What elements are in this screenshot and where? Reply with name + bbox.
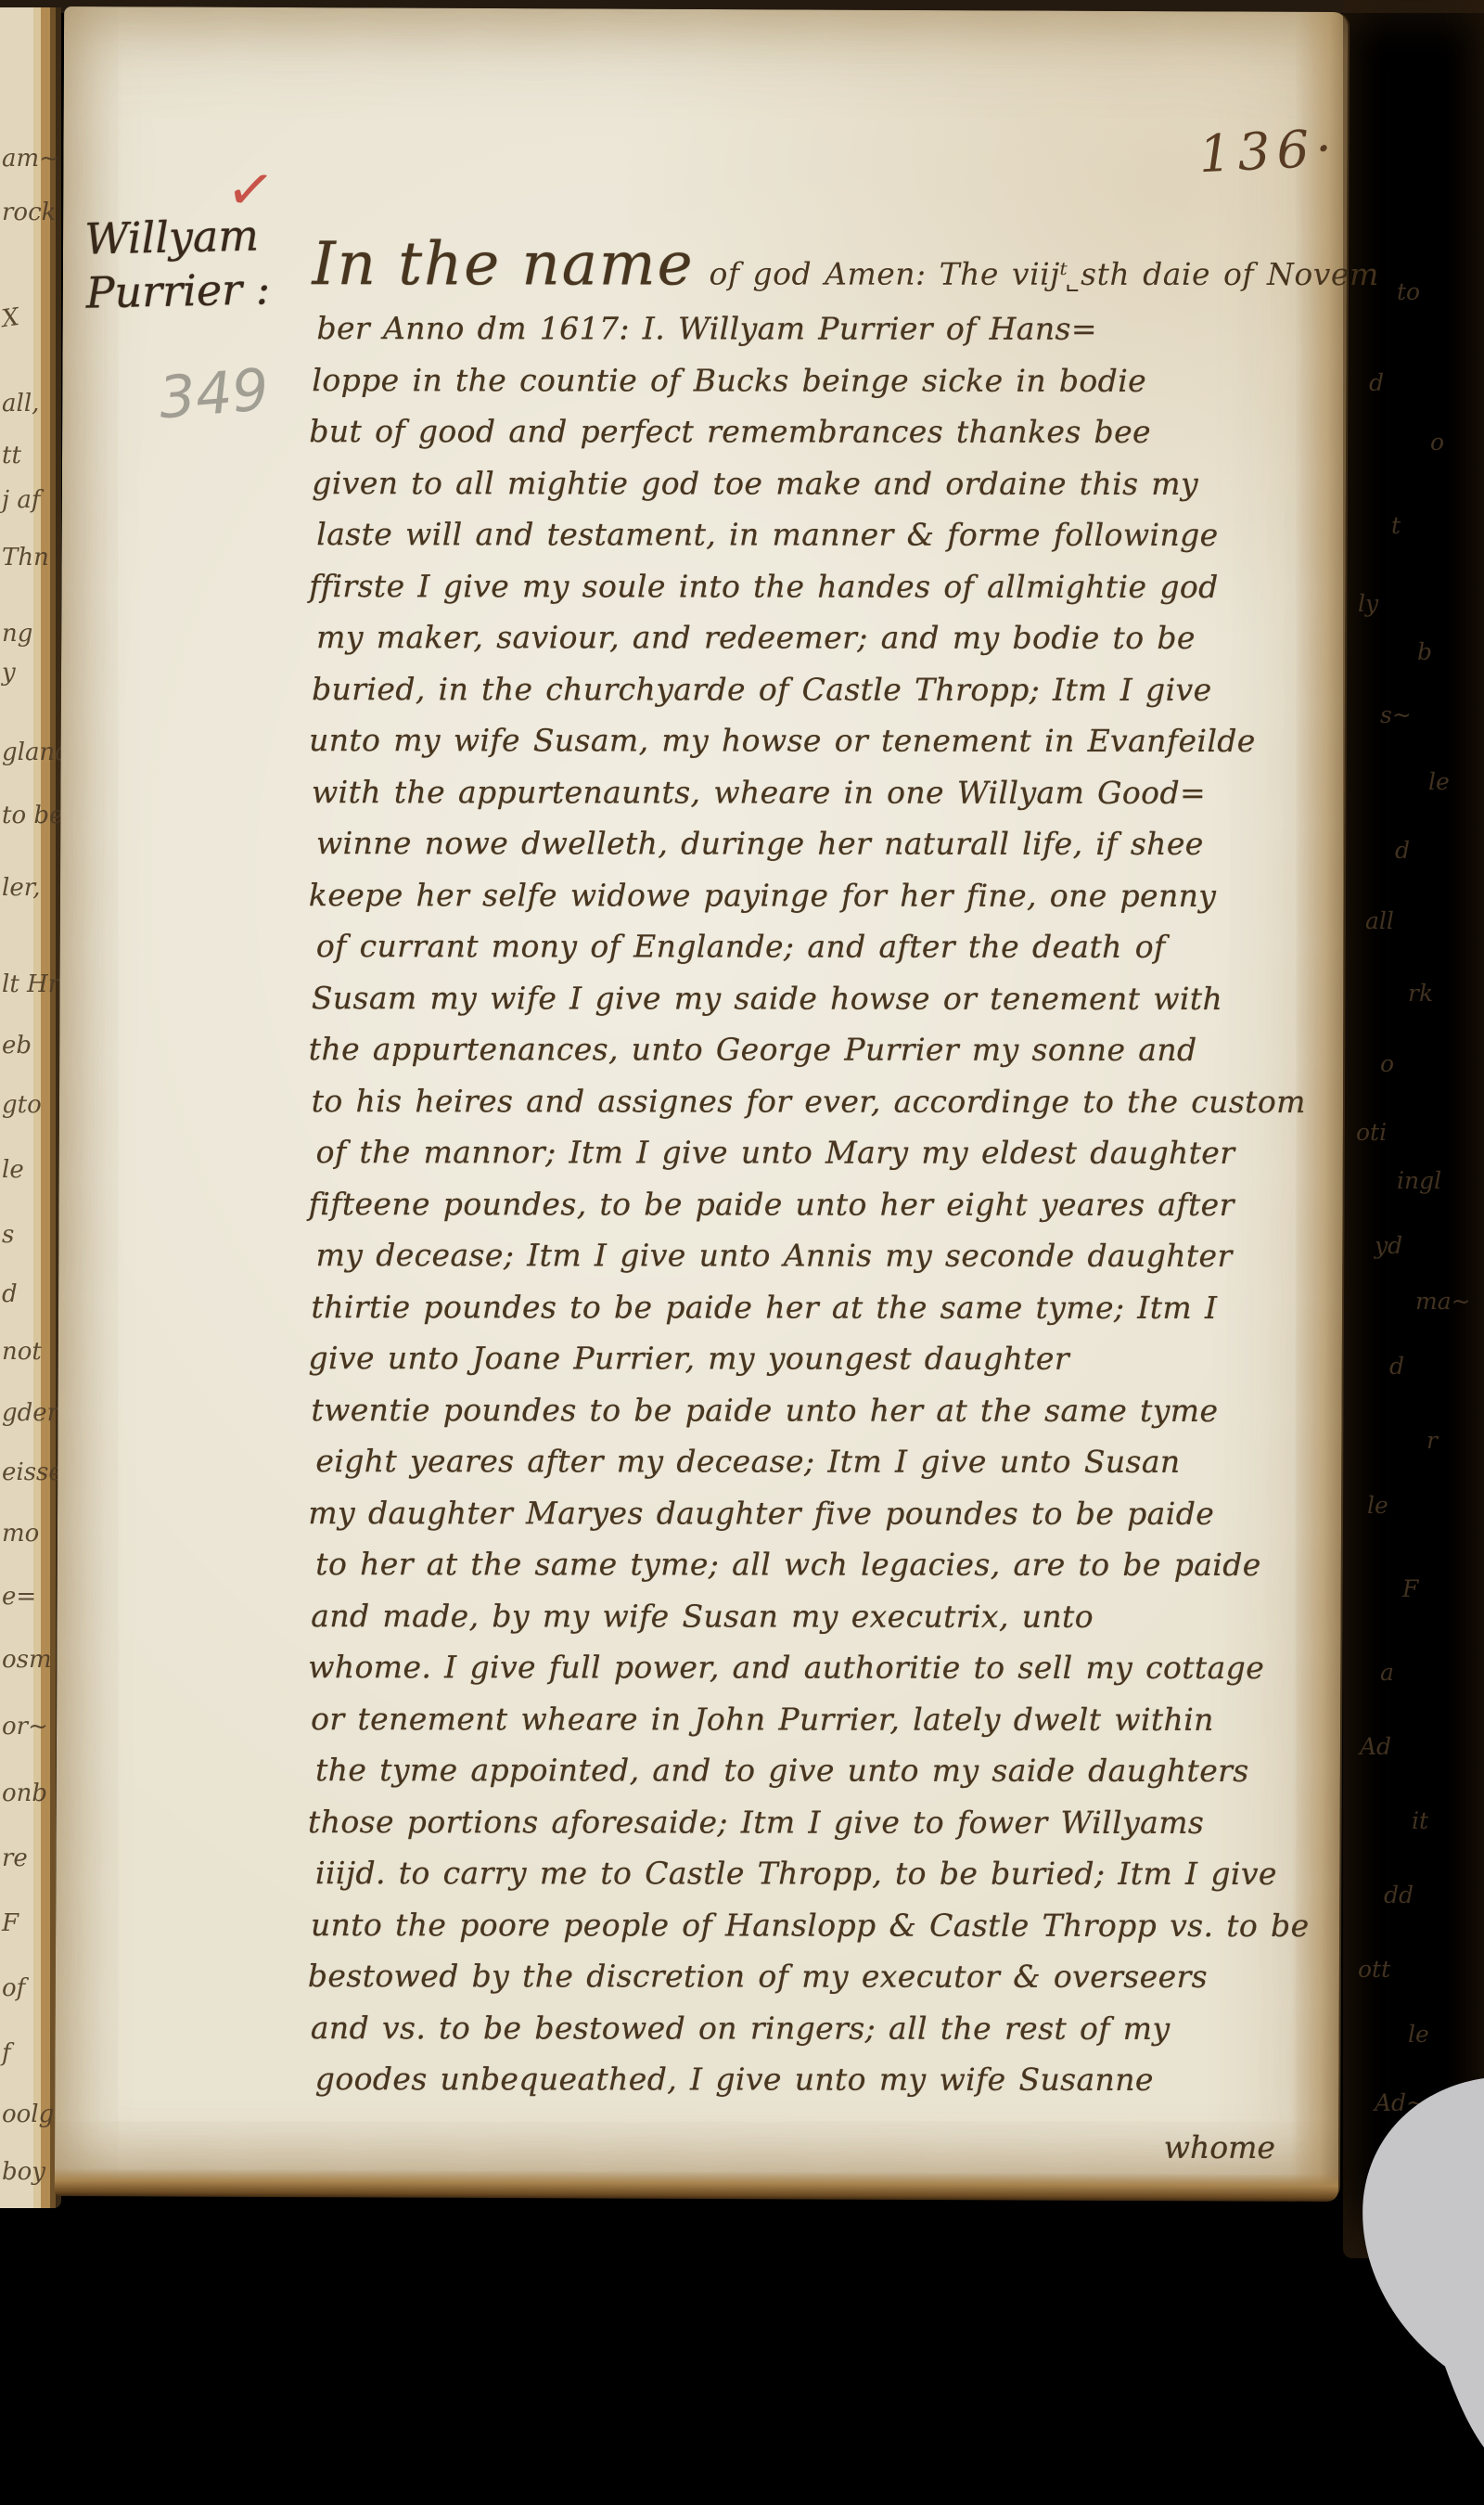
previous-page-edge: am~rockXall,ttj afThnngyglandto beler,lt… (0, 7, 61, 2208)
manuscript-line: thirtie poundes to be paide her at the s… (312, 1289, 1341, 1341)
edge-text-fragment: le (1428, 768, 1450, 795)
edge-text-fragment: yd (1375, 1232, 1402, 1259)
will-text-block: In the name of god Amen: The viijᵗ˾sth d… (311, 230, 1342, 2113)
edge-text-fragment: eb (2, 1032, 32, 1060)
edge-text-fragment: t (1391, 512, 1401, 539)
manuscript-scan: am~rockXall,ttj afThnngyglandto beler,lt… (0, 0, 1484, 2505)
edge-text-fragment: Thn (2, 544, 49, 572)
manuscript-line: give unto Joane Purrier, my youngest dau… (308, 1340, 1337, 1392)
gray-thumb-cover (1324, 2067, 1484, 2466)
edge-text-fragment: f (2, 2039, 11, 2067)
edge-text-fragment: gder (2, 1399, 58, 1427)
manuscript-page: 136· ✓ Willyam Purrier : 349 In the name… (55, 6, 1348, 2198)
edge-text-fragment: le (1367, 1492, 1388, 1519)
edge-text-fragment: boy (2, 2158, 45, 2186)
manuscript-line: my maker, saviour, and redeemer; and my … (316, 619, 1346, 671)
manuscript-line: to her at the same tyme; all wch legacie… (315, 1546, 1345, 1598)
edge-text-fragment: Ad (1360, 1733, 1391, 1760)
edge-text-fragment: ng (2, 620, 32, 648)
edge-text-fragment: rk (1408, 980, 1433, 1007)
manuscript-line: keepe her selfe widowe payinge for her f… (309, 877, 1338, 929)
edge-text-fragment: s~ (1380, 701, 1412, 728)
manuscript-line: of currant mony of Englande; and after t… (316, 928, 1346, 980)
edge-text-fragment: X (0, 303, 21, 333)
manuscript-line: whome. I give full power, and authoritie… (308, 1649, 1337, 1701)
edge-text-fragment: dd (1384, 1882, 1414, 1908)
edge-text-fragment: lt Hr (2, 970, 59, 998)
page-bottom-edge (55, 2168, 1338, 2202)
manuscript-line: those portions aforesaide; Itm I give to… (308, 1804, 1337, 1856)
edge-text-fragment: d (1369, 369, 1384, 396)
manuscript-line: to his heires and assignes for ever, acc… (312, 1083, 1341, 1135)
manuscript-line: unto my wife Susam, my howse or tenement… (309, 722, 1338, 774)
manuscript-line: bestowed by the discretion of my executo… (308, 1958, 1337, 2010)
manuscript-line: the tyme appointed, and to give unto my … (315, 1752, 1345, 1804)
edge-text-fragment: ler, (2, 874, 41, 902)
manuscript-line: loppe in the countie of Bucks beinge sic… (312, 362, 1341, 414)
page-number: 136· (1197, 118, 1339, 184)
manuscript-line: eight yeares after my decease; Itm I giv… (315, 1443, 1345, 1495)
opening-words-large: In the name (312, 230, 694, 299)
edge-text-fragment: j af (2, 486, 40, 514)
edge-text-fragment: d (1395, 837, 1410, 864)
manuscript-line: the appurtenances, unto George Purrier m… (309, 1031, 1338, 1083)
edge-text-fragment: am~ (2, 145, 59, 173)
margin-heading-line2: Purrier : (85, 261, 337, 320)
manuscript-line: buried, in the churchyarde of Castle Thr… (312, 671, 1341, 723)
manuscript-line: my decease; Itm I give unto Annis my sec… (316, 1237, 1346, 1289)
edge-text-fragment: or~ (2, 1713, 48, 1741)
opening-line: In the name of god Amen: The viijᵗ˾sth d… (312, 230, 1341, 311)
manuscript-line: winne nowe dwelleth, duringe her natural… (316, 825, 1346, 877)
opening-line-rest: of god Amen: The viijᵗ˾sth daie of Novem (709, 255, 1378, 293)
edge-text-fragment: to (1397, 278, 1420, 305)
manuscript-line: and made, by my wife Susan my executrix,… (311, 1598, 1340, 1650)
edge-text-fragment: e= (2, 1583, 36, 1611)
edge-text-fragment: o (1430, 429, 1444, 456)
edge-text-fragment: osm (2, 1646, 52, 1674)
edge-text-fragment: all, (2, 390, 39, 417)
manuscript-line: my daughter Maryes daughter five poundes… (308, 1495, 1337, 1547)
edge-text-fragment: o (1380, 1050, 1394, 1077)
manuscript-line: iiijd. to carry me to Castle Thropp, to … (315, 1855, 1345, 1907)
edge-text-fragment: eisse (2, 1458, 63, 1486)
margin-heading-line1: Willyam (84, 207, 336, 266)
edge-text-fragment: d (2, 1280, 18, 1308)
archival-pencil-number: 349 (157, 355, 272, 432)
edge-text-fragment: onb (2, 1779, 47, 1807)
manuscript-line: but of good and perfect remembrances tha… (309, 413, 1338, 465)
edge-text-fragment: of (2, 1974, 25, 2002)
edge-text-fragment: r (1426, 1427, 1438, 1454)
edge-text-fragment: ly (1358, 590, 1378, 617)
edge-text-fragment: d (1389, 1353, 1404, 1380)
manuscript-line: of the mannor; Itm I give unto Mary my e… (316, 1134, 1346, 1186)
edge-text-fragment: a (1380, 1659, 1394, 1686)
edge-text-fragment: oti (1356, 1119, 1387, 1146)
edge-text-fragment: ott (1358, 1956, 1390, 1983)
manuscript-line: unto the poore people of Hanslopp & Cast… (311, 1907, 1340, 1959)
manuscript-line: twentie poundes to be paide unto her at … (311, 1392, 1340, 1444)
left-edge-fragments: am~rockXall,ttj afThnngyglandto beler,lt… (0, 7, 56, 2208)
manuscript-lines: ber Anno dm 1617: I. Willyam Purrier of … (311, 310, 1342, 2113)
margin-heading: Willyam Purrier : (84, 207, 337, 320)
manuscript-line: or tenement wheare in John Purrier, late… (311, 1701, 1340, 1753)
edge-text-fragment: y (2, 659, 16, 687)
edge-text-fragment: F (2, 1909, 19, 1937)
edge-text-fragment: le (1408, 2021, 1429, 2048)
edge-text-fragment: ingl (1397, 1167, 1441, 1194)
manuscript-line: Susam my wife I give my saide howse or t… (312, 980, 1341, 1032)
edge-text-fragment: re (2, 1844, 28, 1872)
edge-text-fragment: all (1365, 907, 1394, 934)
edge-text-fragment: s (2, 1221, 14, 1249)
edge-text-fragment: b (1417, 638, 1432, 665)
manuscript-line: ber Anno dm 1617: I. Willyam Purrier of … (316, 310, 1346, 362)
edge-text-fragment: rock (2, 199, 56, 226)
right-edge-fragments: todotlybs~ledallrkootiinglydma~drleFaAdi… (1343, 0, 1484, 2258)
edge-text-fragment: ma~ (1415, 1288, 1471, 1315)
manuscript-line: goodes unbequeathed, I give unto my wife… (315, 2061, 1345, 2113)
manuscript-line: with the appurtenaunts, wheare in one Wi… (312, 774, 1341, 826)
manuscript-line: fifteene poundes, to be paide unto her e… (309, 1186, 1338, 1238)
manuscript-line: and vs. to be bestowed on ringers; all t… (311, 2010, 1340, 2062)
edge-text-fragment: F (1402, 1575, 1418, 1602)
following-pages-fore-edge: todotlybs~ledallrkootiinglydma~drleFaAdi… (1343, 0, 1484, 2258)
edge-text-fragment: it (1412, 1807, 1428, 1834)
manuscript-line: given to all mightie god toe make and or… (312, 465, 1341, 517)
edge-text-fragment: mo (2, 1520, 39, 1548)
manuscript-line: ffirste I give my soule into the handes … (309, 568, 1338, 620)
edge-text-fragment: gto (2, 1091, 42, 1119)
edge-text-fragment: to be (2, 802, 63, 829)
catchword: whome (1164, 2129, 1275, 2165)
manuscript-line: laste will and testament, in manner & fo… (316, 516, 1346, 568)
edge-text-fragment: tt (2, 442, 21, 469)
edge-text-fragment: le (2, 1156, 24, 1184)
edge-text-fragment: not (2, 1338, 42, 1366)
